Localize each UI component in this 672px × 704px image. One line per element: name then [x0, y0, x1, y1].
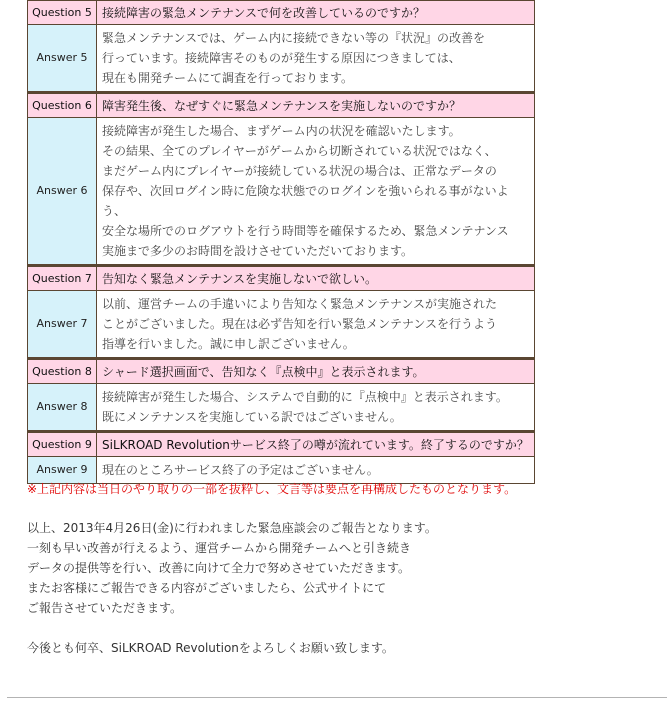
- question-text: 告知なく緊急メンテナンスを実施しないで欲しい。: [97, 266, 535, 291]
- answer-line: 実施まで多少のお時間を設けさせていただいております。: [102, 241, 529, 261]
- answer-label: Answer 6: [28, 118, 97, 266]
- answer-line: 指導を行いました。誠に申し訳ございません。: [102, 334, 529, 354]
- question-label: Question 9: [28, 432, 97, 457]
- answer-label: Answer 5: [28, 25, 97, 93]
- closing-line: 以上、2013年4月26日(金)に行われました緊急座談会のご報告となります。: [27, 518, 627, 538]
- closing-line: ご報告させていただきます。: [27, 598, 627, 618]
- answer-line: 現在のところサービス終了の予定はございません。: [102, 460, 529, 480]
- answer-row: Answer 5 緊急メンテナンスでは、ゲーム内に接続できない等の『状況』の改善…: [28, 25, 535, 93]
- question-row: Question 7 告知なく緊急メンテナンスを実施しないで欲しい。: [28, 266, 535, 291]
- closing-message: 以上、2013年4月26日(金)に行われました緊急座談会のご報告となります。 一…: [27, 518, 627, 658]
- question-text: 障害発生後、なぜすぐに緊急メンテナンスを実施しないのですか？: [97, 93, 535, 118]
- answer-line: 以前、運営チームの手違いにより告知なく緊急メンテナンスが実施された: [102, 294, 529, 314]
- answer-line: 安全な場所でのログアウトを行う時間等を確保するため、緊急メンテナンス: [102, 221, 529, 241]
- answer-text: 以前、運営チームの手違いにより告知なく緊急メンテナンスが実施された ことがござい…: [97, 291, 535, 359]
- answer-text: 緊急メンテナンスでは、ゲーム内に接続できない等の『状況』の改善を 行っています。…: [97, 25, 535, 93]
- answer-row: Answer 6 接続障害が発生した場合、まずゲーム内の状況を確認いたします。 …: [28, 118, 535, 266]
- answer-line: 接続障害が発生した場合、システムで自動的に『点検中』と表示されます。: [102, 387, 529, 407]
- answer-label: Answer 7: [28, 291, 97, 359]
- question-row: Question 6 障害発生後、なぜすぐに緊急メンテナンスを実施しないのですか…: [28, 93, 535, 118]
- question-row: Question 8 シャード選択画面で、告知なく『点検中』と表示されます。: [28, 359, 535, 384]
- answer-text: 接続障害が発生した場合、まずゲーム内の状況を確認いたします。 その結果、全てのプ…: [97, 118, 535, 266]
- closing-line: またお客様にご報告できる内容がございましたら、公式サイトにて: [27, 578, 627, 598]
- answer-line: 行っています。接続障害そのものが発生する原因につきましては、: [102, 48, 529, 68]
- question-text: シャード選択画面で、告知なく『点検中』と表示されます。: [97, 359, 535, 384]
- question-label: Question 6: [28, 93, 97, 118]
- question-label: Question 8: [28, 359, 97, 384]
- answer-row: Answer 7 以前、運営チームの手違いにより告知なく緊急メンテナンスが実施さ…: [28, 291, 535, 359]
- answer-line: ことがございました。現在は必ず告知を行い緊急メンテナンスを行うよう: [102, 314, 529, 334]
- answer-line: 緊急メンテナンスでは、ゲーム内に接続できない等の『状況』の改善を: [102, 28, 529, 48]
- question-row: Question 5 接続障害の緊急メンテナンスで何を改善しているのですか？: [28, 0, 535, 25]
- closing-line: 一刻も早い改善が行えるよう、運営チームから開発チームへと引き続き: [27, 538, 627, 558]
- answer-line: 接続障害が発生した場合、まずゲーム内の状況を確認いたします。: [102, 121, 529, 141]
- closing-line: データの提供等を行い、改善に向けて全力で努めさせていただきます。: [27, 558, 627, 578]
- disclaimer-note: ※上記内容は当日のやり取りの一部を抜粋し、文言等は要点を再構成したものとなります…: [27, 480, 516, 498]
- answer-line: その結果、全てのプレイヤーがゲームから切断されている状況ではなく、: [102, 141, 529, 161]
- question-text: SiLKROAD Revolutionサービス終了の噂が流れています。終了するの…: [97, 432, 535, 457]
- answer-text: 接続障害が発生した場合、システムで自動的に『点検中』と表示されます。 既にメンテ…: [97, 384, 535, 432]
- horizontal-divider: [7, 697, 667, 698]
- answer-label: Answer 8: [28, 384, 97, 432]
- question-label: Question 7: [28, 266, 97, 291]
- question-label: Question 5: [28, 0, 97, 25]
- paragraph-spacer: [27, 618, 627, 638]
- answer-line: まだゲーム内にプレイヤーが接続している状況の場合は、正常なデータの: [102, 161, 529, 181]
- answer-line: 既にメンテナンスを実施している訳ではございません。: [102, 407, 529, 427]
- question-row: Question 9 SiLKROAD Revolutionサービス終了の噂が流…: [28, 432, 535, 457]
- answer-line: 現在も開発チームにて調査を行っております。: [102, 68, 529, 88]
- question-text: 接続障害の緊急メンテナンスで何を改善しているのですか？: [97, 0, 535, 25]
- answer-line: 保存や、次回ログイン時に危険な状態でのログインを強いられる事がないよう、: [102, 181, 529, 221]
- faq-table: Question 5 接続障害の緊急メンテナンスで何を改善しているのですか？ A…: [27, 0, 535, 484]
- closing-line: 今後とも何卒、SiLKROAD Revolutionをよろしくお願い致します。: [27, 638, 627, 658]
- answer-row: Answer 8 接続障害が発生した場合、システムで自動的に『点検中』と表示され…: [28, 384, 535, 432]
